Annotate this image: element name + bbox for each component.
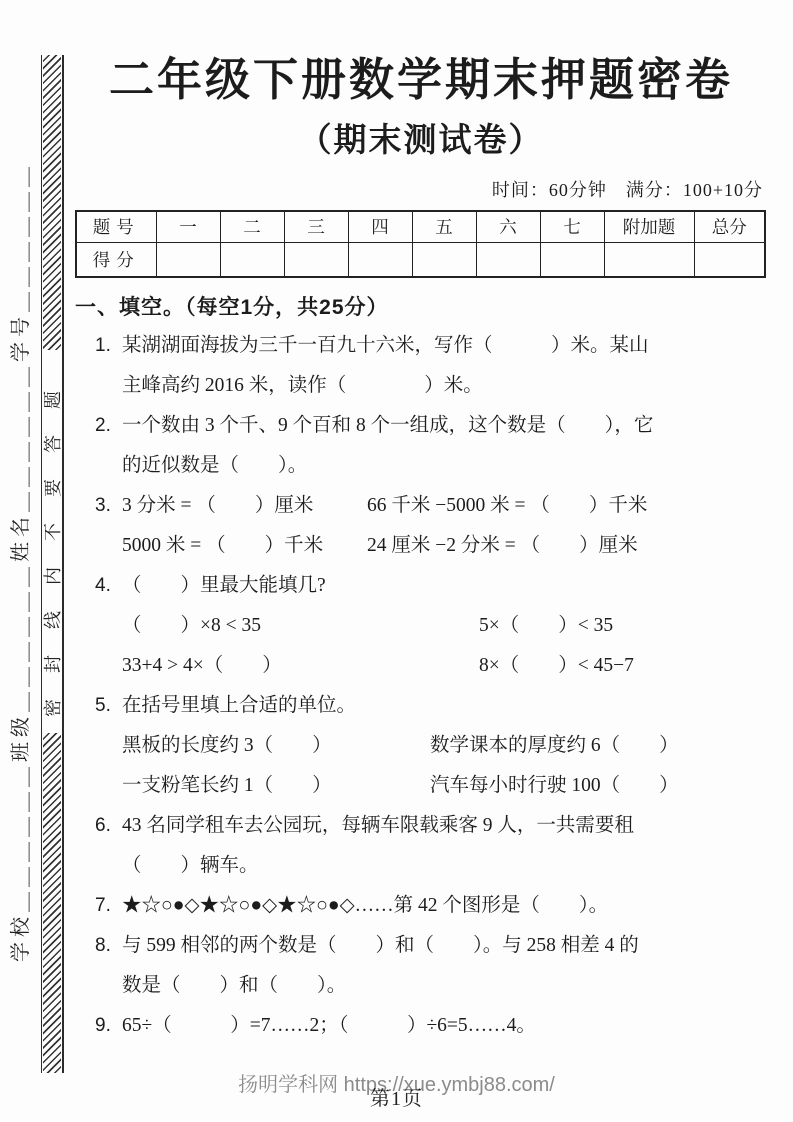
score-cell	[540, 242, 604, 277]
score-header-cell: 总分	[694, 211, 765, 242]
page-title: 二年级下册数学期末押题密卷	[75, 52, 767, 108]
score-table-header-row: 题号 一 二 三 四 五 六 七 附加题 总分	[76, 211, 765, 242]
score-header-cell: 一	[156, 211, 220, 242]
question-part: 5×（ ）< 35	[479, 606, 613, 646]
exam-paper-page: 密封线内不要答题 学校＿＿＿＿＿＿班级＿＿＿＿＿＿姓名＿＿＿＿＿＿学号＿＿＿＿＿…	[0, 0, 793, 1122]
section-heading: 一、填空。（每空1分，共25分）	[75, 291, 767, 321]
question-number: 1.	[95, 326, 111, 366]
question-3: 3. 3 分米 = （ ）厘米 66 千米 −5000 米 = （ ）千米 50…	[75, 486, 767, 566]
question-line: （ ）×8 < 35 5×（ ）< 35	[122, 606, 767, 646]
score-cell	[412, 242, 476, 277]
score-header-cell: 六	[476, 211, 540, 242]
question-line: 43 名同学租车去公园玩，每辆车限载乘客 9 人，一共需要租	[122, 806, 767, 846]
question-number: 9.	[95, 1006, 111, 1046]
score-header-cell: 七	[540, 211, 604, 242]
question-line: （ ）里最大能填几?	[122, 566, 767, 606]
score-cell	[476, 242, 540, 277]
seal-line-text: 密封线内不要答题	[42, 347, 64, 735]
question-part: 33+4 > 4×（ ）	[122, 646, 479, 686]
score-cell	[604, 242, 694, 277]
score-header-cell: 五	[412, 211, 476, 242]
question-6: 6. 43 名同学租车去公园玩，每辆车限载乘客 9 人，一共需要租 （ ）辆车。	[75, 806, 767, 886]
question-line: 在括号里填上合适的单位。	[122, 686, 767, 726]
question-line: 5000 米 = （ ）千米 24 厘米 −2 分米 = （ ）厘米	[122, 526, 767, 566]
score-cell	[694, 242, 765, 277]
score-cell	[156, 242, 220, 277]
question-line: ★☆○●◇★☆○●◇★☆○●◇……第 42 个图形是（ ）。	[122, 886, 767, 926]
question-part: 5000 米 = （ ）千米	[122, 526, 367, 566]
score-table-score-row: 得分	[76, 242, 765, 277]
question-part: 24 厘米 −2 分米 = （ ）厘米	[367, 526, 638, 566]
question-line: 65÷（ ）=7……2；（ ）÷6=5……4。	[122, 1006, 767, 1046]
score-cell	[220, 242, 284, 277]
question-part: 3 分米 = （ ）厘米	[122, 486, 367, 526]
question-7: 7. ★☆○●◇★☆○●◇★☆○●◇……第 42 个图形是（ ）。	[75, 886, 767, 926]
student-info-fields: 学校＿＿＿＿＿＿班级＿＿＿＿＿＿姓名＿＿＿＿＿＿学号＿＿＿＿＿＿	[8, 150, 34, 962]
question-part: 汽车每小时行驶 100（ ）	[430, 766, 679, 806]
exam-info: 时间：60分钟 满分：100+10分	[75, 176, 767, 202]
score-header-cell: 题号	[76, 211, 156, 242]
question-line: 3 分米 = （ ）厘米 66 千米 −5000 米 = （ ）千米	[122, 486, 767, 526]
seal-hatch-bottom	[43, 733, 61, 1073]
question-line: 数是（ ）和（ ）。	[122, 966, 767, 1006]
question-9: 9. 65÷（ ）=7……2；（ ）÷6=5……4。	[75, 1006, 767, 1046]
question-8: 8. 与 599 相邻的两个数是（ ）和（ ）。与 258 相差 4 的 数是（…	[75, 926, 767, 1006]
question-number: 5.	[95, 686, 111, 726]
question-line: 主峰高约 2016 米，读作（ ）米。	[122, 366, 767, 406]
question-part: 8×（ ）< 45−7	[479, 646, 634, 686]
seal-hatch-top	[43, 55, 61, 350]
page-number: 第1页	[0, 1082, 793, 1111]
question-1: 1. 某湖湖面海拔为三千一百九十六米，写作（ ）米。某山 主峰高约 2016 米…	[75, 326, 767, 406]
question-number: 6.	[95, 806, 111, 846]
question-line: 黑板的长度约 3（ ） 数学课本的厚度约 6（ ）	[122, 726, 767, 766]
question-part: （ ）×8 < 35	[122, 606, 479, 646]
content-area: 二年级下册数学期末押题密卷 （期末测试卷） 时间：60分钟 满分：100+10分…	[75, 0, 767, 1046]
question-line: 33+4 > 4×（ ） 8×（ ）< 45−7	[122, 646, 767, 686]
question-part: 一支粉笔长约 1（ ）	[122, 766, 430, 806]
question-5: 5. 在括号里填上合适的单位。 黑板的长度约 3（ ） 数学课本的厚度约 6（ …	[75, 686, 767, 806]
score-row-label: 得分	[76, 242, 156, 277]
score-header-cell: 三	[284, 211, 348, 242]
question-part: 66 千米 −5000 米 = （ ）千米	[367, 486, 647, 526]
question-line: （ ）辆车。	[122, 846, 767, 886]
score-cell	[348, 242, 412, 277]
score-header-cell: 附加题	[604, 211, 694, 242]
score-table: 题号 一 二 三 四 五 六 七 附加题 总分 得分	[75, 210, 766, 278]
questions-list: 1. 某湖湖面海拔为三千一百九十六米，写作（ ）米。某山 主峰高约 2016 米…	[75, 326, 767, 1046]
question-line: 某湖湖面海拔为三千一百九十六米，写作（ ）米。某山	[122, 326, 767, 366]
score-cell	[284, 242, 348, 277]
question-4: 4. （ ）里最大能填几? （ ）×8 < 35 5×（ ）< 35 33+4 …	[75, 566, 767, 686]
question-number: 2.	[95, 406, 111, 446]
question-number: 7.	[95, 886, 111, 926]
question-line: 与 599 相邻的两个数是（ ）和（ ）。与 258 相差 4 的	[122, 926, 767, 966]
question-line: 的近似数是（ ）。	[122, 446, 767, 486]
question-line: 一个数由 3 个千、9 个百和 8 个一组成，这个数是（ ），它	[122, 406, 767, 446]
question-part: 黑板的长度约 3（ ）	[122, 726, 430, 766]
score-header-cell: 二	[220, 211, 284, 242]
question-line: 一支粉笔长约 1（ ） 汽车每小时行驶 100（ ）	[122, 766, 767, 806]
question-part: 数学课本的厚度约 6（ ）	[430, 726, 679, 766]
page-subtitle: （期末测试卷）	[75, 120, 767, 163]
score-header-cell: 四	[348, 211, 412, 242]
question-number: 3.	[95, 486, 111, 526]
question-2: 2. 一个数由 3 个千、9 个百和 8 个一组成，这个数是（ ），它 的近似数…	[75, 406, 767, 486]
question-number: 4.	[95, 566, 111, 606]
question-number: 8.	[95, 926, 111, 966]
